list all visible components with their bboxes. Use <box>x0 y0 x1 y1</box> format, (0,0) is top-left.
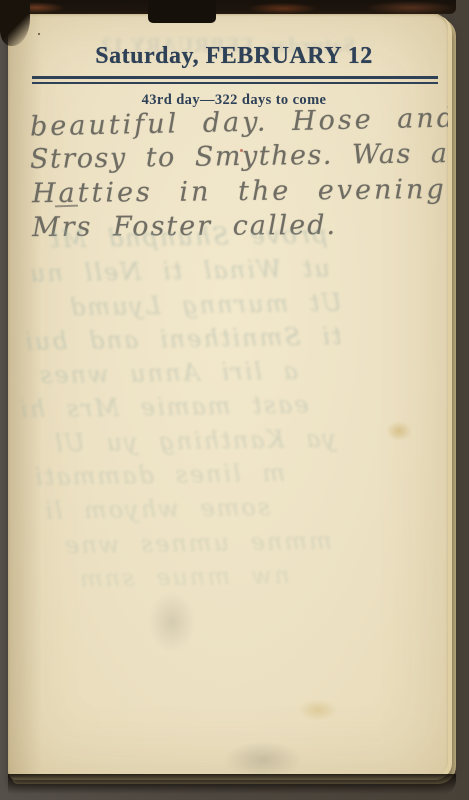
bleed-through-line: ut Winal ti Nell nu <box>28 254 330 287</box>
bleed-through-line: Ut murnng Lyumd <box>68 289 342 322</box>
rule-bottom-line <box>32 82 438 84</box>
bleed-through-line: ya Kanthing yu Ul <box>53 425 336 458</box>
bleed-through-line: nw mnue snm <box>78 561 290 593</box>
handwritten-entry-line: Hatties in the evening. <box>32 174 448 209</box>
book-cover-edge <box>0 0 456 14</box>
red-ink-speck <box>240 149 243 152</box>
yellow-stain <box>386 421 412 441</box>
scanner-background: Saturday, FEBRUARY 12 Saturday, FEBRUARY… <box>0 0 469 800</box>
bleed-through-line: m lines dammati <box>33 459 286 491</box>
bleed-through-line: east mamie Mrs hi <box>18 390 309 423</box>
handwritten-entry-line: Strosy to Smythes. Was at <box>30 138 448 175</box>
paper-speck <box>38 33 40 35</box>
page-title-date: Saturday, FEBRUARY 12 <box>20 43 448 70</box>
diary-page: Saturday, FEBRUARY 12 Saturday, FEBRUARY… <box>8 13 448 777</box>
page-bottom-shadow <box>8 774 456 794</box>
yellow-stain <box>298 699 338 721</box>
grey-smudge <box>148 591 196 653</box>
bleed-through-line: ti Smnitheni and bui <box>23 322 342 356</box>
bleed-through-line: mmne umnes wne <box>63 527 332 560</box>
rule-top-line <box>32 76 438 79</box>
double-rule-divider <box>32 76 438 84</box>
bleed-through-line: some whyom li <box>43 493 271 525</box>
grey-smudge <box>223 741 303 777</box>
book-cover-tab <box>148 0 216 23</box>
bleed-through-line: a liri Annu wnes <box>38 357 298 390</box>
bleed-through-line: prove Shunpnd Mt <box>48 221 328 254</box>
